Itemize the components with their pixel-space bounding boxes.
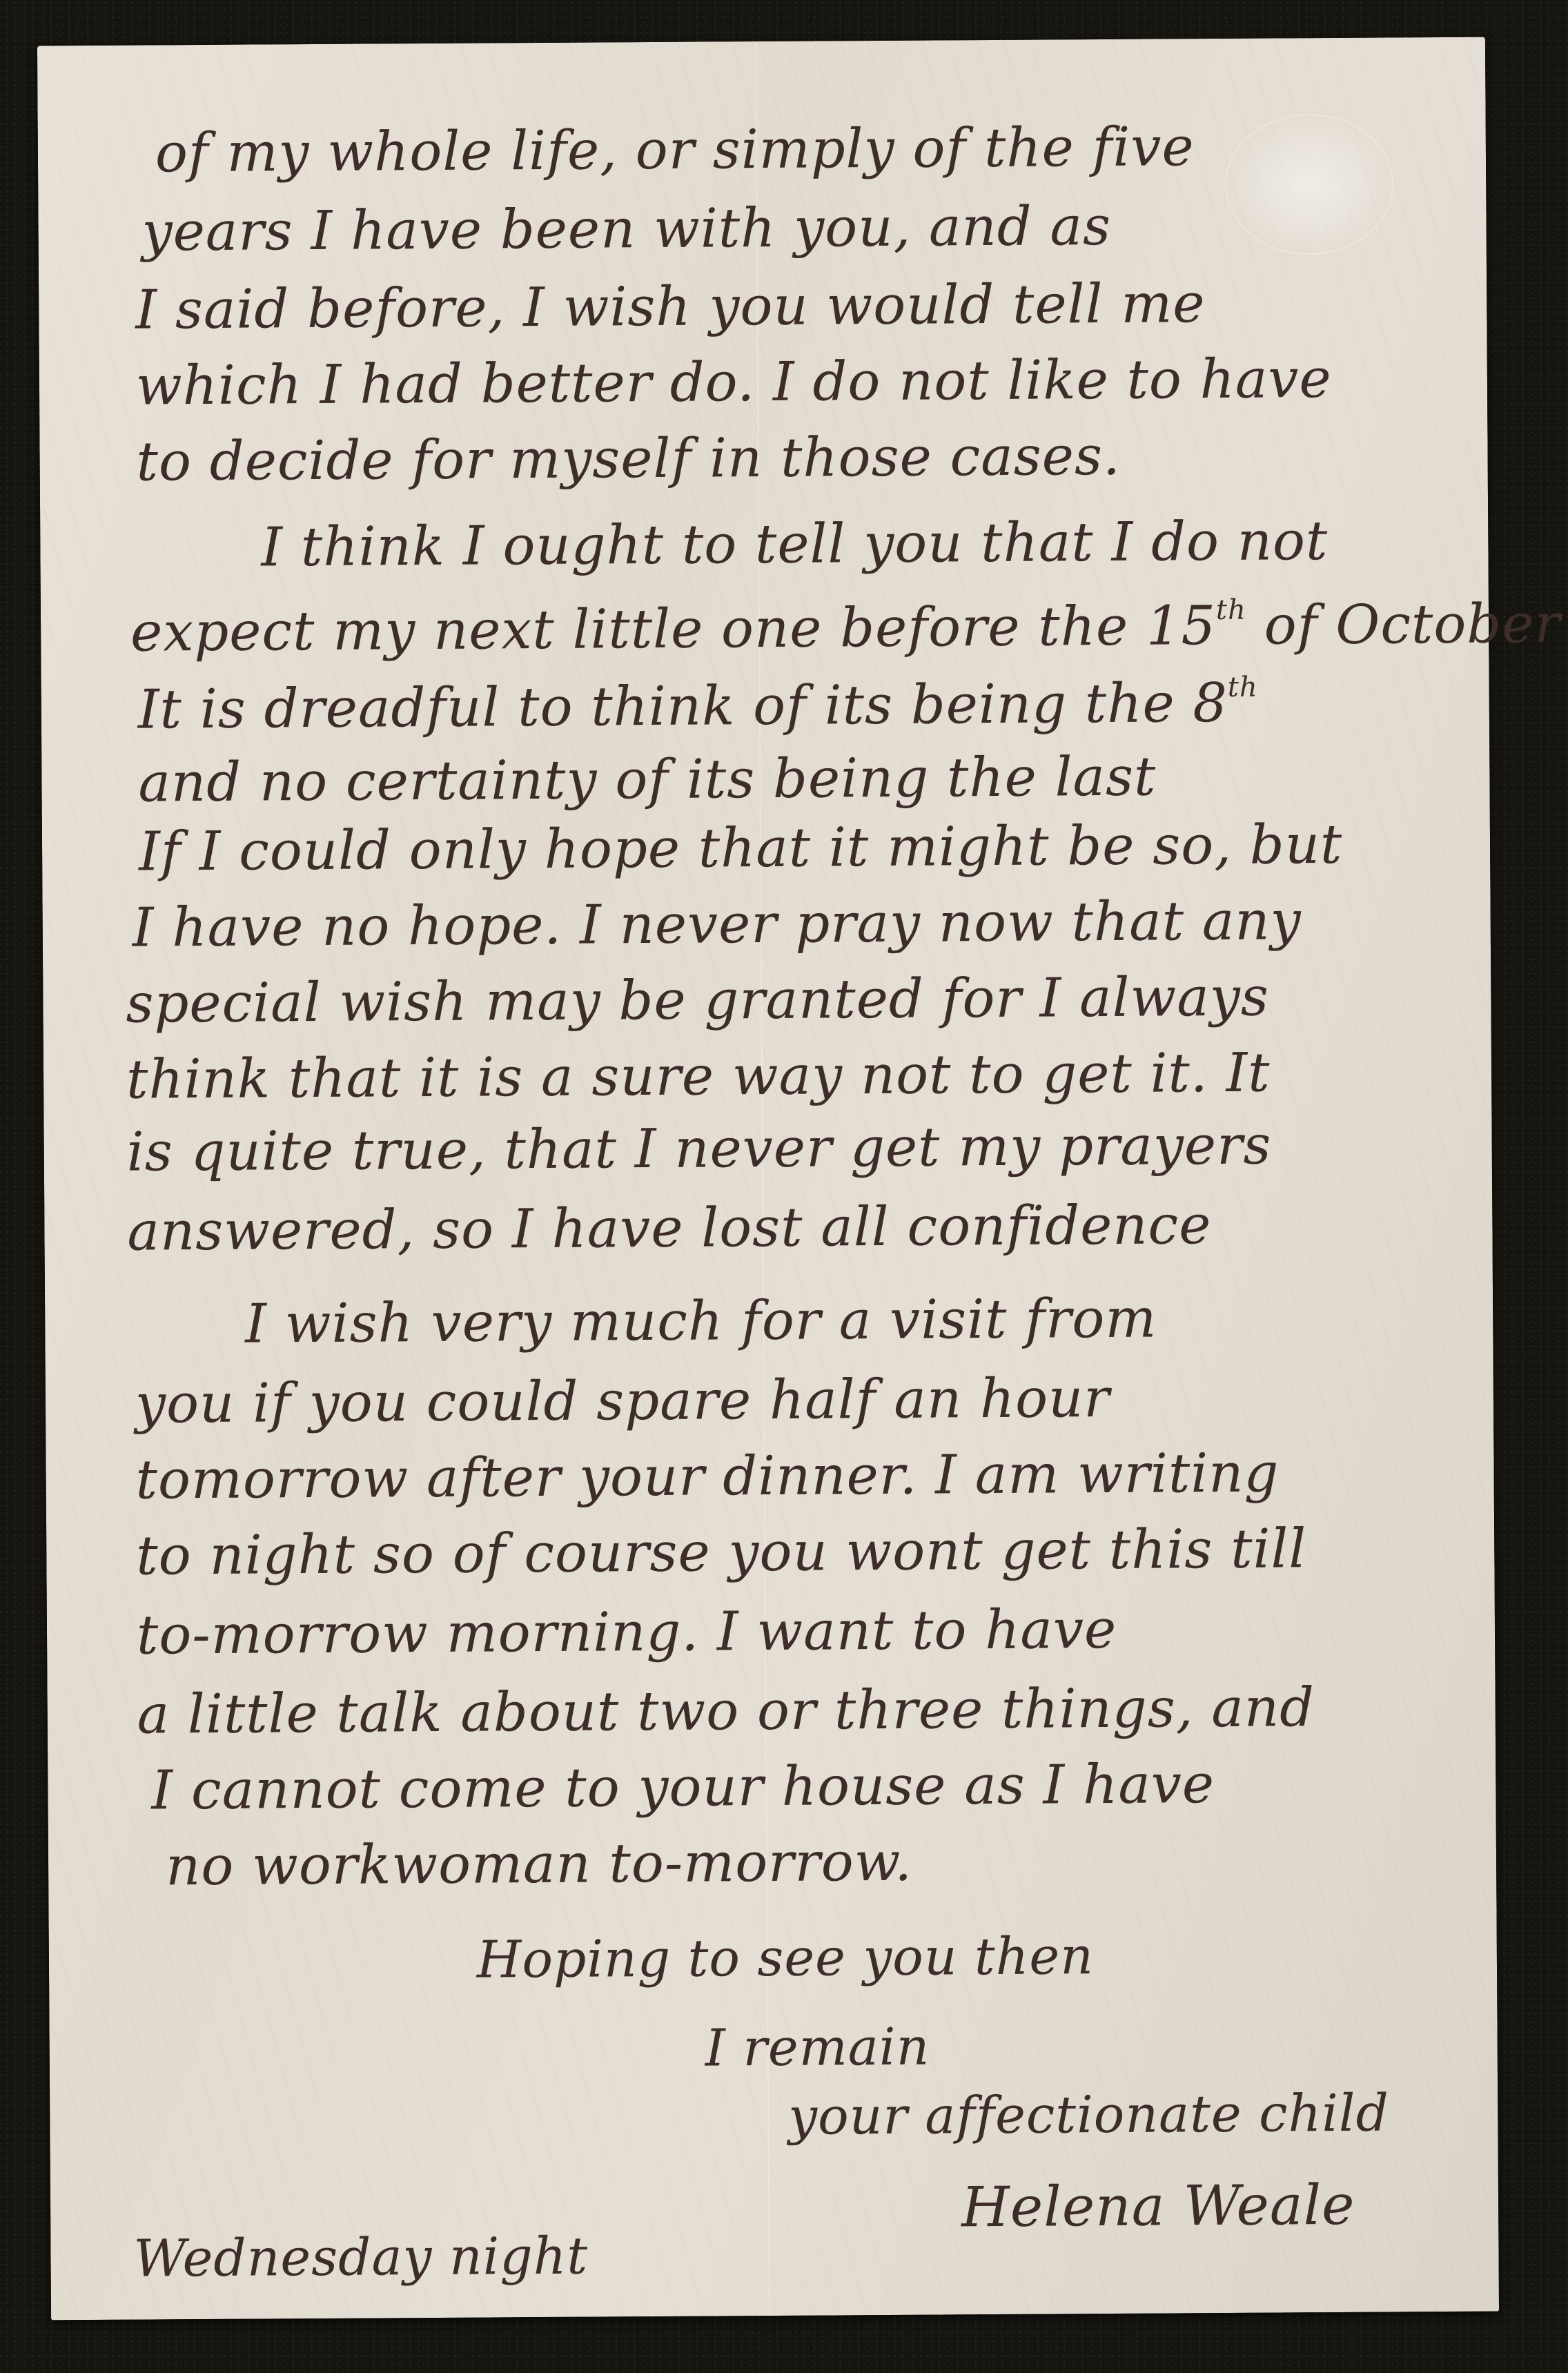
letter-line-1: of my whole life, or simply of the five	[155, 120, 1195, 180]
letter-line-16: I wish very much for a visit from	[245, 1292, 1157, 1351]
letter-line-22: I cannot come to your house as I have	[151, 1757, 1215, 1817]
ordinal-suffix: th	[1216, 594, 1246, 626]
letter-line-10: If I could only hope that it might be so…	[139, 818, 1343, 879]
line-8-text: It is dreadful to think of its being the…	[138, 672, 1228, 741]
letter-line-5: to decide for myself in those cases.	[136, 429, 1121, 489]
letter-line-18: tomorrow after your dinner. I am writing	[135, 1446, 1279, 1507]
month-text: of October	[1246, 593, 1561, 657]
letter-line-8: It is dreadful to think of its being the…	[138, 674, 1259, 737]
letter-line-14: is quite true, that I never get my praye…	[127, 1119, 1272, 1180]
letter-line-17: you if you could spare half an hour	[135, 1371, 1110, 1432]
letter-line-19: to night so of course you wont get this …	[136, 1522, 1307, 1583]
closing-valediction: your affectionate child	[788, 2088, 1389, 2142]
letter-line-23: no workwoman to-morrow.	[166, 1835, 912, 1894]
letter-line-2: years I have been with you, and as	[141, 199, 1111, 260]
signature: Helena Weale	[961, 2178, 1355, 2235]
letter-line-13: think that it is a sure way not to get i…	[126, 1046, 1271, 1107]
letter-line-7: expect my next little one before the 15t…	[130, 594, 1561, 660]
letter-line-12: special wish may be granted for I always	[126, 970, 1269, 1031]
letter-line-20: to-morrow morning. I want to have	[137, 1603, 1117, 1663]
dateline: Wednesday night	[133, 2231, 588, 2285]
letter-line-21: a little talk about two or three things,…	[137, 1681, 1315, 1741]
letter-line-11: I have no hope. I never pray now that an…	[133, 894, 1302, 955]
letter-line-4: which I had better do. I do not like to …	[136, 352, 1332, 413]
embossed-stamp	[1225, 113, 1394, 255]
ordinal-suffix: th	[1228, 672, 1258, 703]
closing-remain: I remain	[705, 2022, 930, 2074]
letter-line-6: I think I ought to tell you that I do no…	[261, 514, 1328, 574]
line-7-text: expect my next little one before the 15	[130, 595, 1217, 664]
letter-line-9: and no certainty of its being the last	[138, 750, 1156, 810]
letter-line-3: I said before, I wish you would tell me	[135, 277, 1206, 337]
closing-hoping: Hoping to see you then	[477, 1931, 1094, 1985]
letter-line-15: answered, so I have lost all confidence	[127, 1198, 1211, 1259]
letter-paper: of my whole life, or simply of the five …	[37, 37, 1499, 2321]
